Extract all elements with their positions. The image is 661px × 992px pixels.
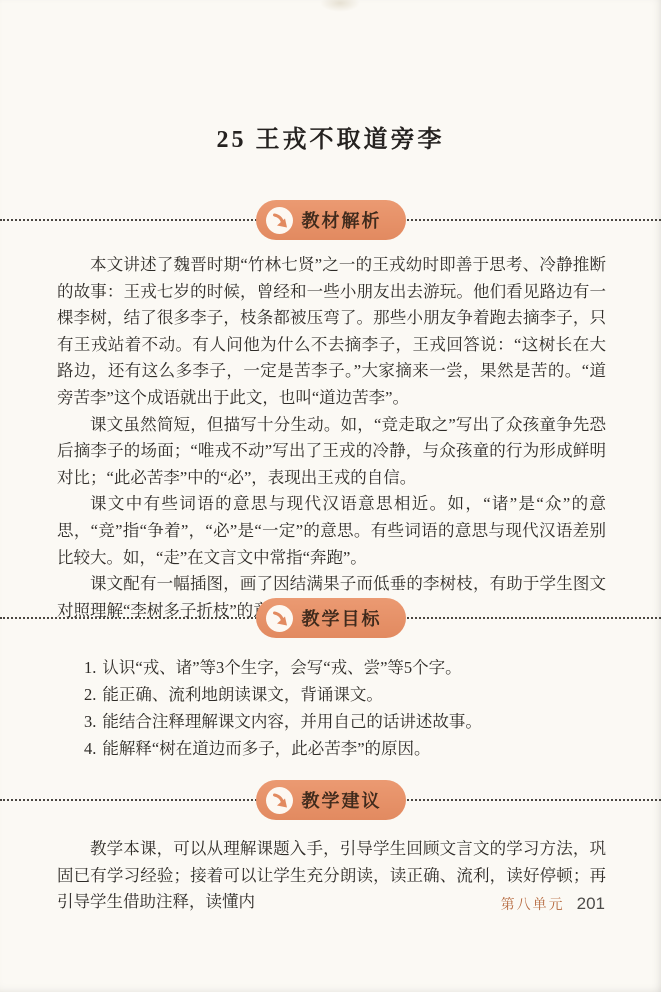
section-badge-label: 教学目标 — [302, 605, 382, 631]
curved-down-arrow-icon — [266, 787, 293, 814]
section-header-analysis: 教材解析 — [0, 200, 661, 240]
section-badge-label: 教材解析 — [302, 207, 382, 233]
section-badge-suggestions: 教学建议 — [256, 780, 406, 820]
objective-item: 2. 能正确、流利地朗读课文，背诵课文。 — [84, 681, 579, 708]
objective-text: 认识“戎、诸”等3个生字，会写“戎、尝”等5个字。 — [102, 654, 461, 681]
objective-text: 能解释“树在道边而多子，此必苦李”的原因。 — [102, 735, 430, 762]
objective-number: 2. — [84, 681, 96, 708]
page-footer: 第八单元 201 — [501, 894, 605, 914]
analysis-paragraph-2: 课文虽然简短，但描写十分生动。如，“竞走取之”写出了众孩童争先恐后摘李子的场面；… — [57, 412, 606, 492]
section-badge-label: 教学建议 — [302, 787, 382, 813]
objective-text: 能结合注释理解课文内容，并用自己的话讲述故事。 — [102, 708, 482, 735]
textbook-page: 25 王戎不取道旁李 教材解析 本文讲述了魏晋时期“竹林七贤”之一的王戎幼时即善… — [0, 0, 661, 992]
section-badge-analysis: 教材解析 — [256, 200, 406, 240]
objective-text: 能正确、流利地朗读课文，背诵课文。 — [102, 681, 383, 708]
objective-item: 1. 认识“戎、诸”等3个生字，会写“戎、尝”等5个字。 — [84, 654, 579, 681]
analysis-paragraph-3: 课文中有些词语的意思与现代汉语意思相近。如，“诸”是“众”的意思，“竞”指“争着… — [57, 491, 606, 571]
page-number: 201 — [577, 894, 605, 914]
objective-number: 1. — [84, 654, 96, 681]
section-header-suggestions: 教学建议 — [0, 780, 661, 820]
analysis-paragraph-1: 本文讲述了魏晋时期“竹林七贤”之一的王戎幼时即善于思考、冷静推断的故事：王戎七岁… — [57, 252, 606, 412]
objectives-list: 1. 认识“戎、诸”等3个生字，会写“戎、尝”等5个字。 2. 能正确、流利地朗… — [57, 654, 579, 762]
section-header-objectives: 教学目标 — [0, 598, 661, 638]
scan-smudge — [320, 0, 360, 12]
objective-item: 3. 能结合注释理解课文内容，并用自己的话讲述故事。 — [84, 708, 579, 735]
curved-down-arrow-icon — [266, 605, 293, 632]
objective-number: 3. — [84, 708, 96, 735]
objective-item: 4. 能解释“树在道边而多子，此必苦李”的原因。 — [84, 735, 579, 762]
analysis-body: 本文讲述了魏晋时期“竹林七贤”之一的王戎幼时即善于思考、冷静推断的故事：王戎七岁… — [57, 252, 606, 624]
unit-label: 第八单元 — [501, 894, 565, 914]
section-badge-objectives: 教学目标 — [256, 598, 406, 638]
lesson-title: 25 王戎不取道旁李 — [0, 119, 661, 154]
curved-down-arrow-icon — [266, 207, 293, 234]
objective-number: 4. — [84, 735, 96, 762]
